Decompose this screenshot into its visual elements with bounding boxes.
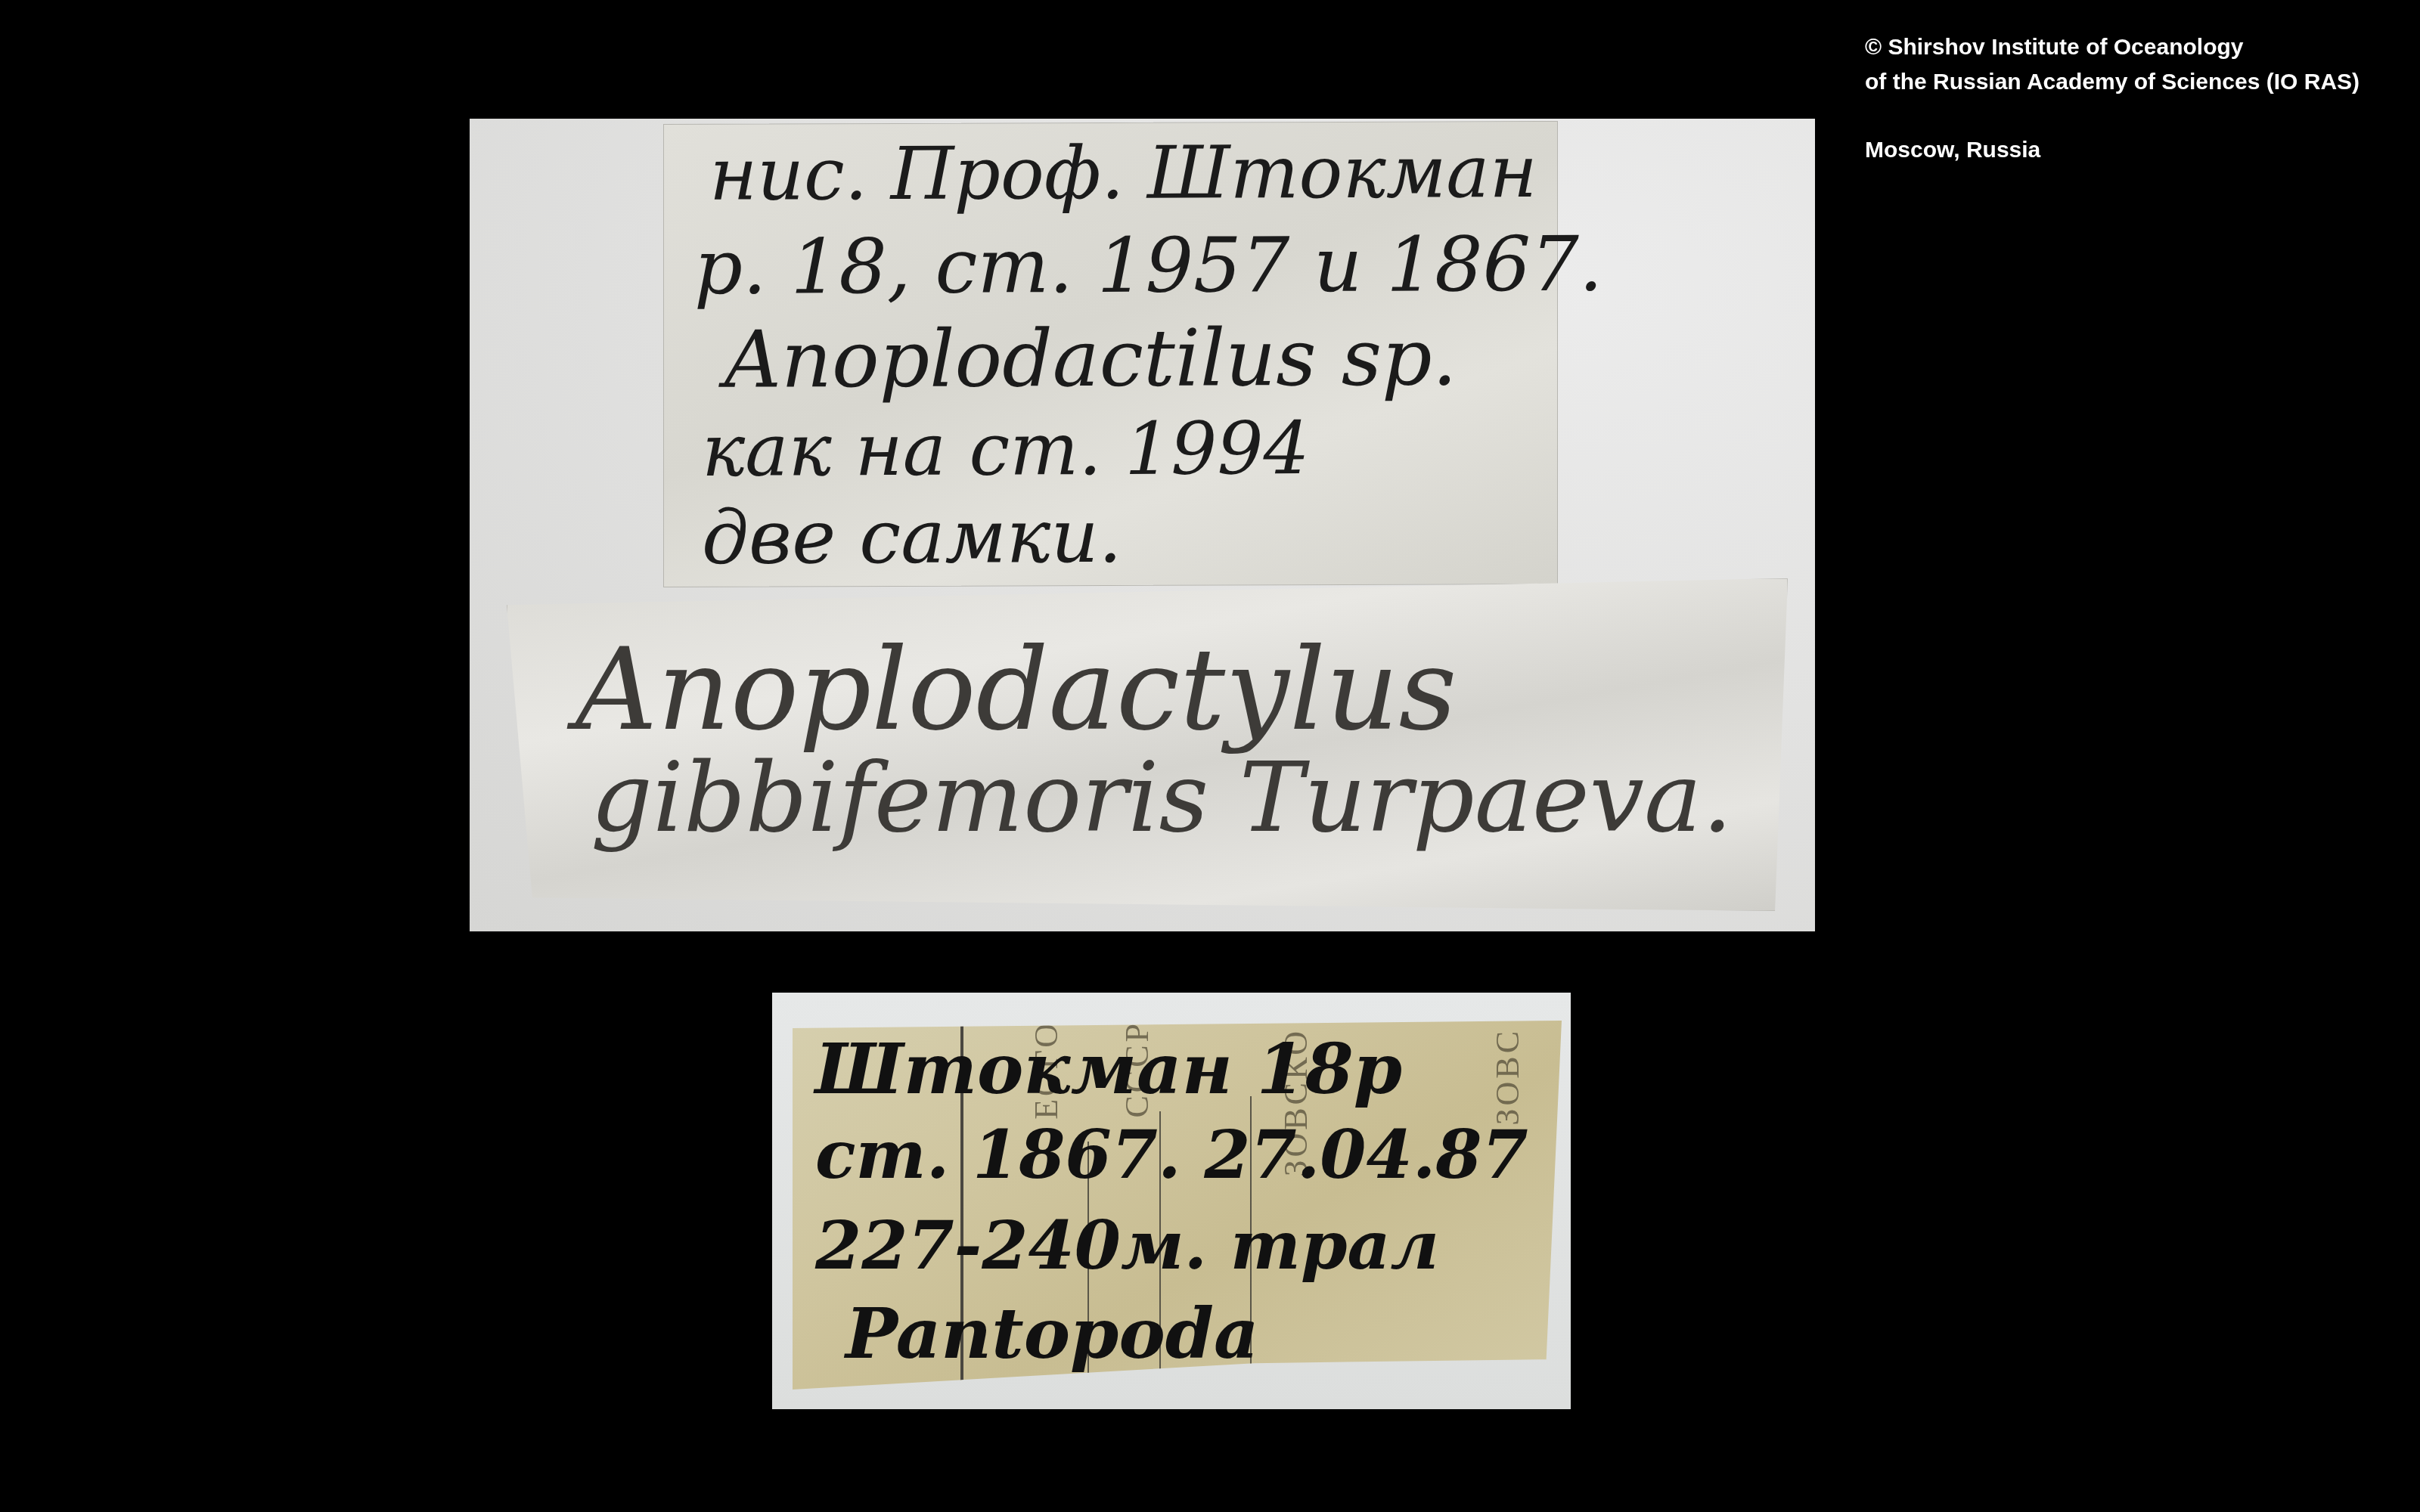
label-line: gibbifemoris Turpaeva.: [591, 742, 1733, 854]
label-line: 227-240м. трал: [815, 1206, 1439, 1284]
printed-text-fragment: ЗОВС: [1488, 1028, 1527, 1126]
credit-spacer: [1865, 100, 2359, 133]
handwritten-label-lower: Anoplodactylus gibbifemoris Turpaeva.: [507, 578, 1788, 911]
specimen-labels-photo-top: нис. Проф. Штокман р. 18, ст. 1957 и 186…: [470, 119, 1815, 931]
credit-line-2: of the Russian Academy of Sciences (IO R…: [1865, 65, 2359, 100]
specimen-label-photo-bottom: ЕОГО СССР ЗОВСКО ЗОВС Штокман 18р ст. 18…: [772, 993, 1571, 1409]
label-line: Pantopoda: [845, 1293, 1259, 1374]
label-line: две самки.: [702, 494, 1122, 581]
label-line: нис. Проф. Штокман: [709, 129, 1537, 217]
credit-location: Moscow, Russia: [1865, 133, 2359, 168]
label-line: как на ст. 1994: [702, 406, 1310, 493]
handwritten-label-upper: нис. Проф. Штокман р. 18, ст. 1957 и 186…: [663, 121, 1558, 587]
copyright-credit: © Shirshov Institute of Oceanology of th…: [1865, 30, 2359, 168]
label-line: Anoplodactylus: [576, 624, 1457, 756]
credit-line-1: © Shirshov Institute of Oceanology: [1865, 30, 2359, 65]
label-line: Штокман 18р: [815, 1028, 1402, 1110]
label-line: р. 18, ст. 1957 и 1867.: [694, 220, 1603, 311]
label-line: Anoplodactilus sp.: [724, 311, 1457, 405]
label-line: ст. 1867. 27.04.87: [815, 1115, 1528, 1194]
station-label-yellowed: ЕОГО СССР ЗОВСКО ЗОВС Штокман 18р ст. 18…: [793, 1013, 1562, 1390]
